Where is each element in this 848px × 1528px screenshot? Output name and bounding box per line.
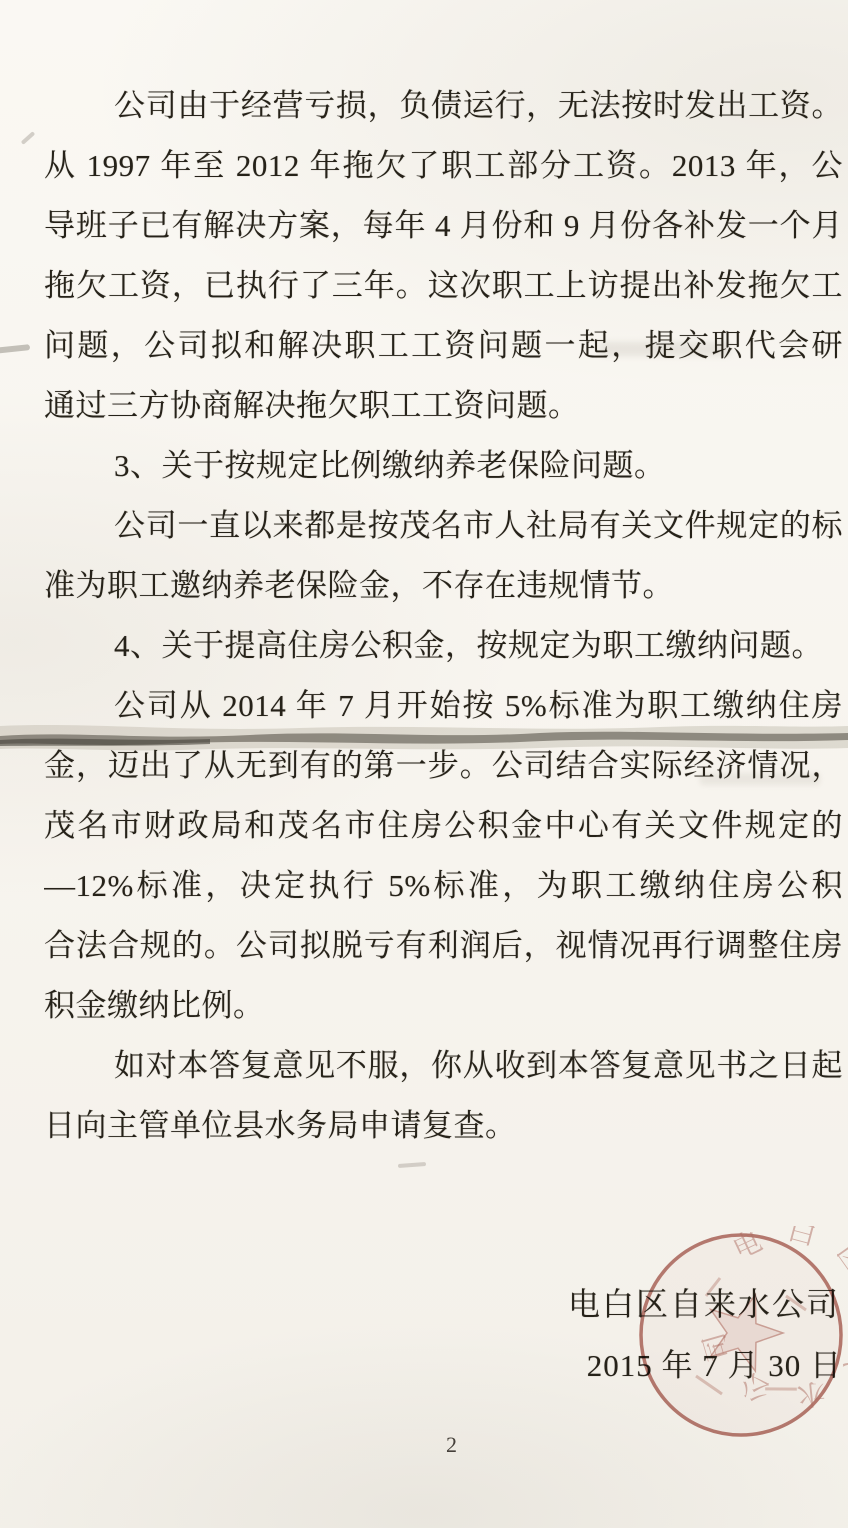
scan-artifact-smudge [398,1162,426,1168]
text-line: 从 1997 年至 2012 年拖欠了职工部分工资。2013 年，公司领 [44,136,843,196]
text-line: 公司从 2014 年 7 月开始按 5%标准为职工缴纳住房公积 [44,676,843,736]
text-line: 公司由于经营亏损，负债运行，无法按时发出工资。 [44,76,843,136]
scan-artifact-dash [0,344,30,354]
text-line: 茂名市财政局和茂名市住房公积金中心有关文件规定的 5% [44,796,843,856]
text-line: 4、关于提高住房公积金，按规定为职工缴纳问题。 [44,616,843,676]
scan-artifact-stroke [21,131,36,145]
scanned-document-page: 公司由于经营亏损，负债运行，无法按时发出工资。从 1997 年至 2012 年拖… [0,0,848,1528]
body-text: 公司由于经营亏损，负债运行，无法按时发出工资。从 1997 年至 2012 年拖… [44,76,843,1156]
text-line: —12%标准，决定执行 5%标准，为职工缴纳住房公积金，是 [44,856,843,916]
text-line: 金，迈出了从无到有的第一步。公司结合实际经济情况，按 [44,736,843,796]
text-line: 问题，公司拟和解决职工工资问题一起，提交职代会研究， [44,316,843,376]
text-line: 拖欠工资，已执行了三年。这次职工上访提出补发拖欠工资 [44,256,843,316]
text-line: 导班子已有解决方案，每年 4 月份和 9 月份各补发一个月的 [44,196,843,256]
page-number: 2 [446,1432,457,1458]
text-line: 如对本答复意见不服，你从收到本答复意见书之日起 30 [44,1036,843,1096]
text-line: 合法合规的。公司拟脱亏有利润后，视情况再行调整住房公 [44,916,843,976]
text-line: 积金缴纳比例。 [44,976,843,1036]
text-line: 日向主管单位县水务局申请复查。 [44,1096,843,1156]
text-line: 公司一直以来都是按茂名市人社局有关文件规定的标 [44,496,843,556]
text-line: 3、关于按规定比例缴纳养老保险问题。 [44,436,843,496]
text-line: 准为职工邀纳养老保险金，不存在违规情节。 [44,556,843,616]
text-line: 通过三方协商解决拖欠职工工资问题。 [44,376,843,436]
company-seal-stamp: 电白区自来水公司 [636,1226,848,1440]
